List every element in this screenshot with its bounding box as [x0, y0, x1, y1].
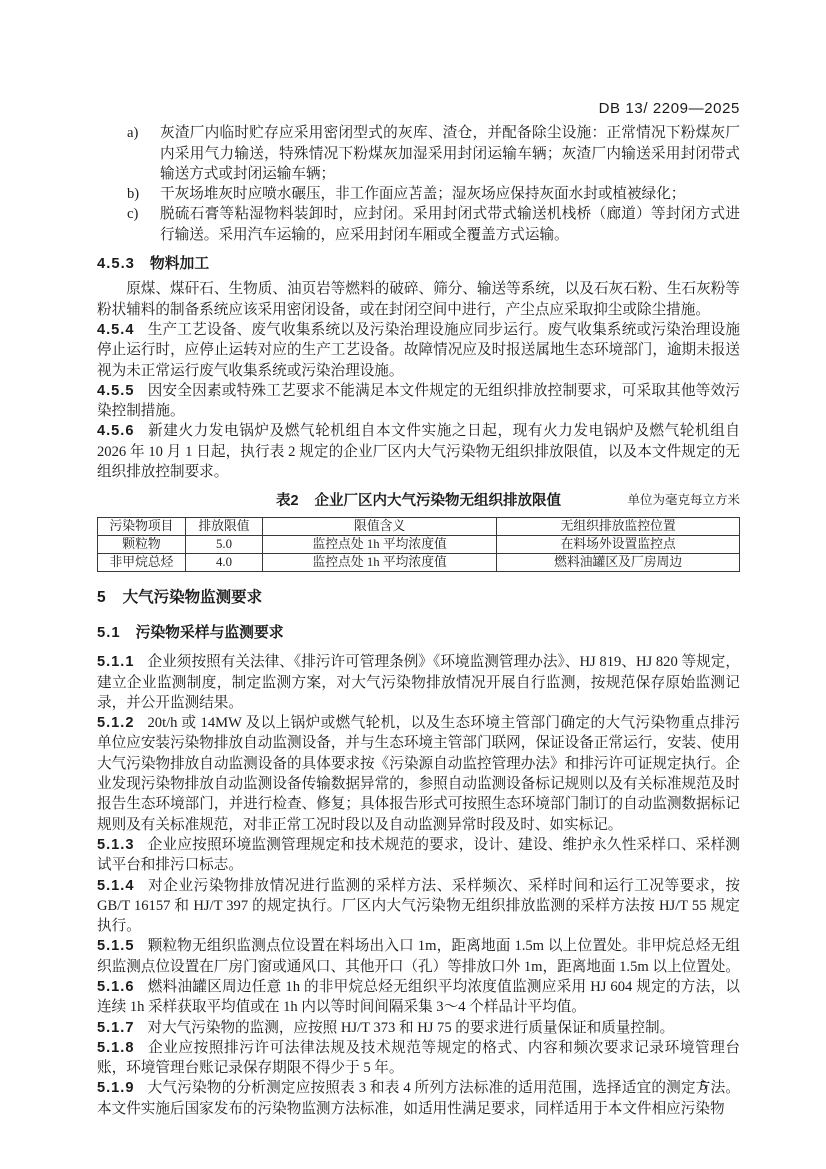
clause-text: 20t/h 或 14MW 及以上锅炉或燃气轮机，以及生态环境主管部门确定的大气污… — [97, 715, 740, 832]
clause-4-5-5: 4.5.5因安全因素或特殊工艺要求不能满足本文件规定的无组织排放控制要求，可采取… — [97, 381, 740, 422]
table-2: 污染物项目 排放限值 限值含义 无组织排放监控位置 颗粒物 5.0 监控点处 1… — [97, 517, 740, 572]
clause-text: 燃料油罐区周边任意 1h 的非甲烷总烃无组织平均浓度值监测应采用 HJ 604 … — [97, 979, 740, 1015]
list-item-text: 灰渣厂内临时贮存应采用密闭型式的灰库、渣仓，并配备除尘设施：正常情况下粉煤灰厂内… — [160, 125, 740, 182]
section-heading-5-1: 5.1污染物采样与监测要求 — [97, 623, 740, 643]
clause-number: 5.1.5 — [97, 938, 134, 954]
clause-5-1-1: 5.1.1企业须按照有关法律、《排污许可管理条例》《环境监测管理办法》、HJ 8… — [97, 652, 740, 713]
clause-5-1-4: 5.1.4对企业污染物排放情况进行监测的采样方法、采样频次、采样时间和运行工况等… — [97, 876, 740, 937]
section-number: 5 — [97, 589, 106, 606]
table-row: 非甲烷总烃 4.0 监控点处 1h 平均浓度值 燃料油罐区及厂房周边 — [98, 553, 740, 571]
clause-4-5-3-paragraph: 原煤、煤矸石、生物质、油页岩等燃料的破碎、筛分、输送等系统，以及石灰石粉、生石灰… — [97, 279, 740, 320]
table-2-unit-note: 单位为毫克每立方米 — [627, 490, 740, 510]
clause-5-1-6: 5.1.6燃料油罐区周边任意 1h 的非甲烷总烃无组织平均浓度值监测应采用 HJ… — [97, 977, 740, 1018]
table-2-caption-title: 企业厂区内大气污染物无组织排放限值 — [315, 493, 562, 509]
clause-text: 因安全因素或特殊工艺要求不能满足本文件规定的无组织排放控制要求，可采取其他等效污… — [97, 383, 740, 419]
clause-4-5-6: 4.5.6新建火力发电锅炉及燃气轮机组自本文件实施之日起，现有火力发电锅炉及燃气… — [97, 421, 740, 482]
list-item-text: 干灰场堆灰时应喷水碾压，非工作面应苫盖；湿灰场应保持灰面水封或植被绿化； — [160, 186, 685, 202]
clause-text: 对大气污染物的监测，应按照 HJ/T 373 和 HJ 75 的要求进行质量保证… — [147, 1020, 674, 1036]
table-header-row: 污染物项目 排放限值 限值含义 无组织排放监控位置 — [98, 517, 740, 535]
table-header-cell: 限值含义 — [262, 517, 496, 535]
list-item-c: c) 脱硫石膏等粘湿物料装卸时，应封闭。采用封闭式带式输送机栈桥（廊道）等封闭方… — [97, 204, 740, 245]
clause-heading-4-5-3: 4.5.3物料加工 — [97, 254, 740, 274]
document-page: DB 13/ 2209—2025 a) 灰渣厂内临时贮存应采用密闭型式的灰库、渣… — [0, 0, 826, 1169]
list-item-b: b) 干灰场堆灰时应喷水碾压，非工作面应苫盖；湿灰场应保持灰面水封或植被绿化； — [97, 184, 740, 204]
clause-text: 颗粒物无组织监测点位设置在料场出入口 1m，距离地面 1.5m 以上位置处。非甲… — [97, 938, 740, 974]
table-2-caption: 表2企业厂区内大气污染物无组织排放限值 — [276, 493, 561, 509]
clause-text: 企业须按照有关法律、《排污许可管理条例》《环境监测管理办法》、HJ 819、HJ… — [97, 654, 740, 711]
clause-number: 5.1.7 — [97, 1020, 134, 1036]
page-number: 5 — [700, 1078, 707, 1094]
clause-number: 4.5.4 — [97, 322, 134, 338]
table-cell: 非甲烷总烃 — [98, 553, 186, 571]
table-header-cell: 污染物项目 — [98, 517, 186, 535]
list-item-marker: a) — [127, 123, 138, 143]
table-cell: 颗粒物 — [98, 535, 186, 553]
clause-4-5-4: 4.5.4生产工艺设备、废气收集系统以及污染治理设施应同步运行。废气收集系统或污… — [97, 320, 740, 381]
clause-5-1-3: 5.1.3企业应按照环境监测管理规定和技术规范的要求，设计、建设、维护永久性采样… — [97, 835, 740, 876]
table-header-cell: 排放限值 — [185, 517, 262, 535]
clause-5-1-5: 5.1.5颗粒物无组织监测点位设置在料场出入口 1m，距离地面 1.5m 以上位… — [97, 936, 740, 977]
table-cell: 监控点处 1h 平均浓度值 — [262, 535, 496, 553]
table-2-caption-row: 表2企业厂区内大气污染物无组织排放限值 单位为毫克每立方米 — [97, 491, 740, 511]
table-2-caption-label: 表2 — [276, 493, 299, 509]
table-cell: 在料场外设置监控点 — [497, 535, 740, 553]
section-heading-5: 5大气污染物监测要求 — [97, 588, 740, 608]
clause-number: 4.5.6 — [97, 423, 134, 439]
clause-5-1-2: 5.1.220t/h 或 14MW 及以上锅炉或燃气轮机，以及生态环境主管部门确… — [97, 713, 740, 835]
list-item-text: 脱硫石膏等粘湿物料装卸时，应封闭。采用封闭式带式输送机栈桥（廊道）等封闭方式进行… — [160, 206, 740, 242]
table-cell: 监控点处 1h 平均浓度值 — [262, 553, 496, 571]
clause-text: 企业应按照环境监测管理规定和技术规范的要求，设计、建设、维护永久性采样口、采样测… — [97, 837, 740, 873]
clause-text: 新建火力发电锅炉及燃气轮机组自本文件实施之日起，现有火力发电锅炉及燃气轮机组自 … — [97, 423, 740, 480]
table-row: 颗粒物 5.0 监控点处 1h 平均浓度值 在料场外设置监控点 — [98, 535, 740, 553]
doc-number-header: DB 13/ 2209—2025 — [97, 99, 740, 119]
clause-number: 4.5.3 — [97, 256, 135, 272]
clause-text: 对企业污染物排放情况进行监测的采样方法、采样频次、采样时间和运行工况等要求，按 … — [97, 878, 740, 935]
clause-5-1-7: 5.1.7对大气污染物的监测，应按照 HJ/T 373 和 HJ 75 的要求进… — [97, 1018, 740, 1038]
clause-number: 4.5.5 — [97, 383, 134, 399]
list-item-a: a) 灰渣厂内临时贮存应采用密闭型式的灰库、渣仓，并配备除尘设施：正常情况下粉煤… — [97, 123, 740, 184]
section-number: 5.1 — [97, 625, 121, 641]
table-cell: 4.0 — [185, 553, 262, 571]
clause-5-1-8: 5.1.8企业应按照排污许可法律法规及技术规范等规定的格式、内容和频次要求记录环… — [97, 1038, 740, 1079]
clause-number: 5.1.8 — [97, 1040, 134, 1056]
list-item-marker: b) — [127, 184, 139, 204]
clause-text: 生产工艺设备、废气收集系统以及污染治理设施应同步运行。废气收集系统或污染治理设施… — [97, 322, 740, 379]
clause-number: 5.1.6 — [97, 979, 134, 995]
clause-text: 企业应按照排污许可法律法规及技术规范等规定的格式、内容和频次要求记录环境管理台账… — [97, 1040, 740, 1076]
table-cell: 燃料油罐区及厂房周边 — [497, 553, 740, 571]
table-cell: 5.0 — [185, 535, 262, 553]
clause-number: 5.1.2 — [97, 715, 134, 731]
table-header-cell: 无组织排放监控位置 — [497, 517, 740, 535]
clause-number: 5.1.3 — [97, 837, 134, 853]
clause-number: 5.1.9 — [97, 1080, 134, 1096]
section-title: 污染物采样与监测要求 — [136, 625, 284, 641]
clause-text: 大气污染物的分析测定应按照表 3 和表 4 所列方法标准的适用范围，选择适宜的测… — [97, 1080, 740, 1116]
clause-number: 5.1.1 — [97, 654, 134, 670]
clause-title: 物料加工 — [150, 256, 209, 272]
list-item-marker: c) — [127, 204, 138, 224]
clause-5-1-9: 5.1.9大气污染物的分析测定应按照表 3 和表 4 所列方法标准的适用范围，选… — [97, 1078, 740, 1119]
clause-number: 5.1.4 — [97, 878, 134, 894]
section-title: 大气污染物监测要求 — [123, 589, 263, 606]
